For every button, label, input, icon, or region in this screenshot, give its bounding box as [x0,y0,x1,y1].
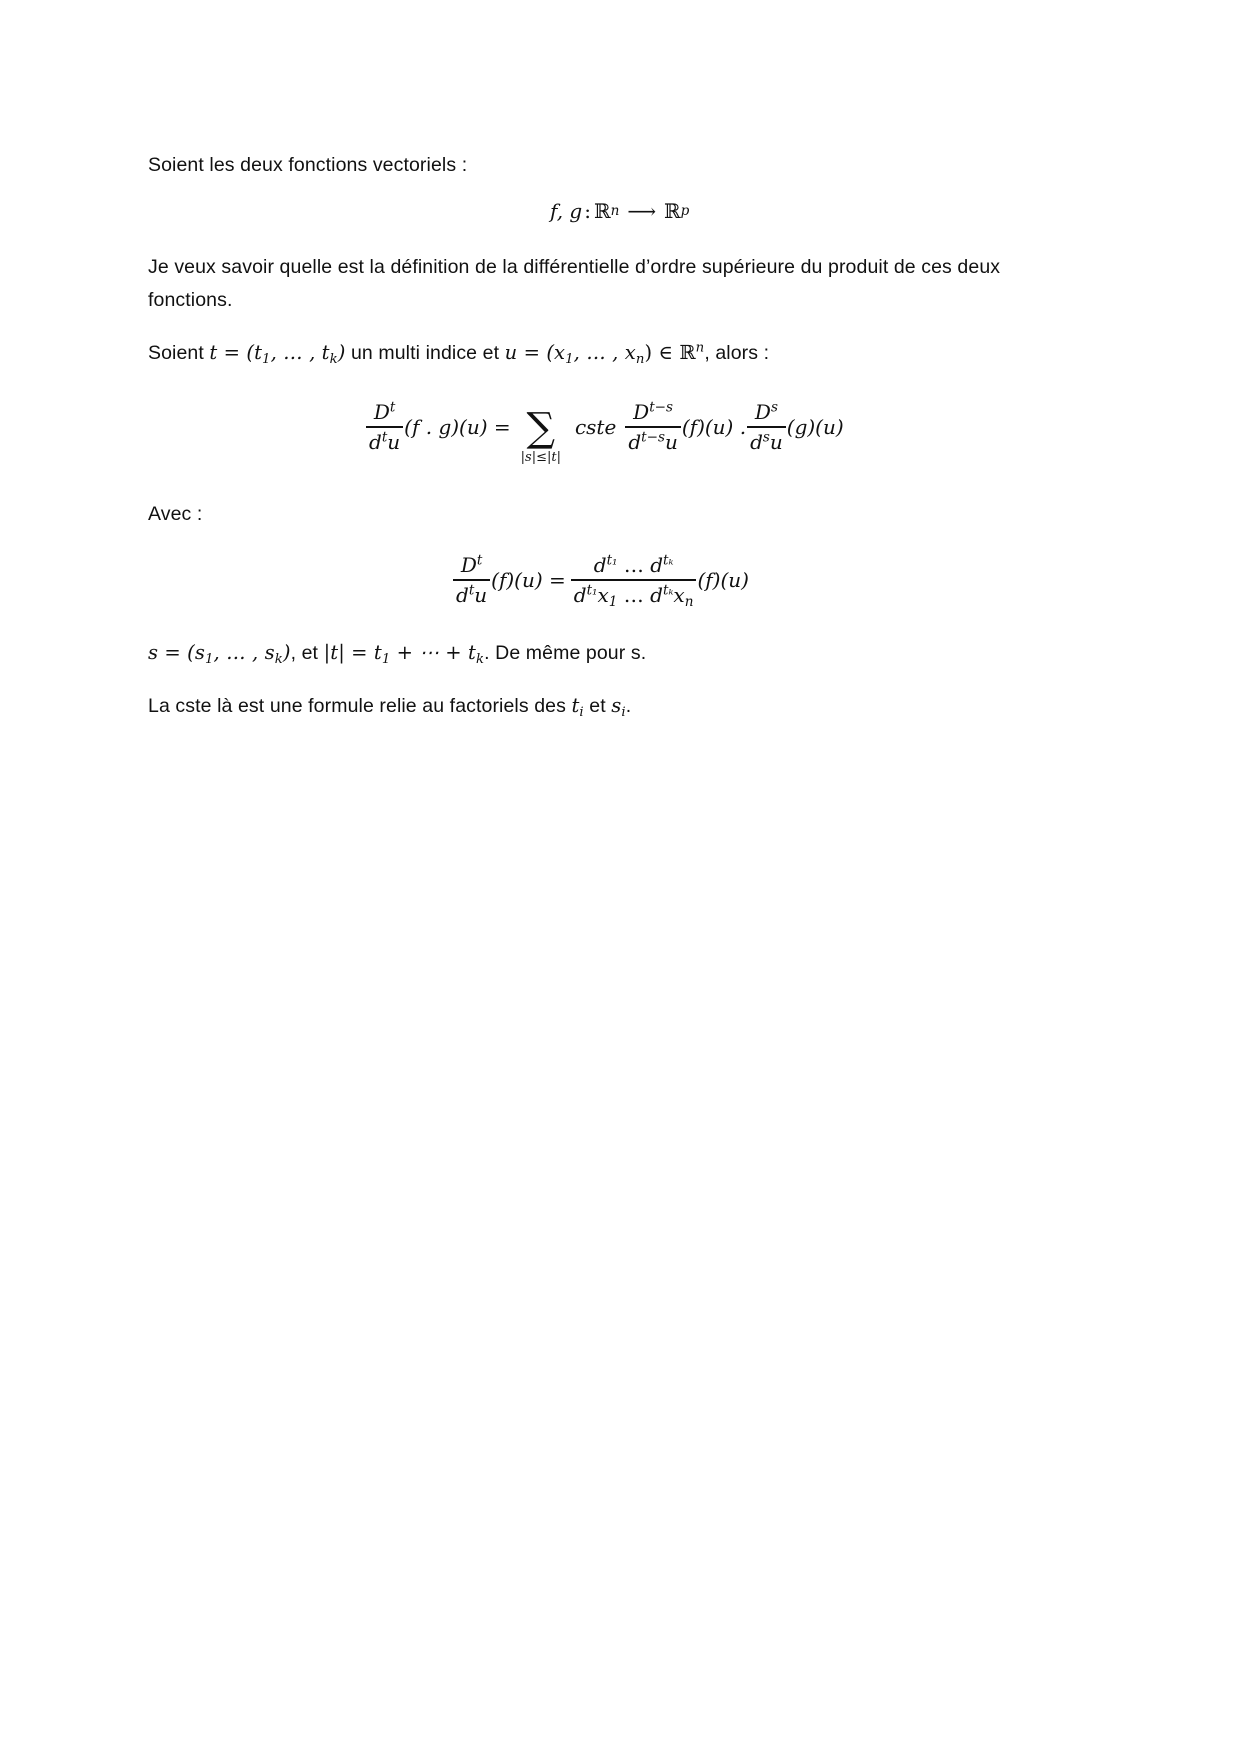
intro-paragraph: Soient les deux fonctions vectoriels : [148,154,467,177]
closing-paragraph: La cste là est une formule relie au fact… [148,694,631,718]
fraction-rhs-def: dt₁ … dtₖ dt₁x1 … dtₖxn [571,553,697,607]
s-definition-paragraph: s = (s1, … , sk), et |t| = t1 + ⋯ + tk. … [148,641,646,665]
summation-operator: ∑ |s|≤|t| [521,408,561,465]
setup-paragraph: Soient t = (t1, … , tk) un multi indice … [148,341,769,365]
fraction-f-derivative: Dt−s dt−su [625,400,681,454]
with-label: Avec : [148,503,202,526]
fraction-g-derivative: Ds dsu [747,400,786,454]
question-paragraph-line-2: fonctions. [148,289,232,312]
fraction-lhs: Dt dtu [366,400,403,454]
formula-multi-derivative-definition: Dt dtu (f)(u) = dt₁ … dtₖ dt₁x1 … dtₖxn … [452,553,749,607]
fraction-lhs-def: Dt dtu [453,553,490,607]
formula-leibniz-rule: Dt dtu (f . g)(u) = ∑ |s|≤|t| cste Dt−s … [365,398,844,455]
formula-function-map: f, g:ℝn⟶ℝp [550,199,689,223]
question-paragraph-line-1: Je veux savoir quelle est la définition … [148,256,1000,279]
